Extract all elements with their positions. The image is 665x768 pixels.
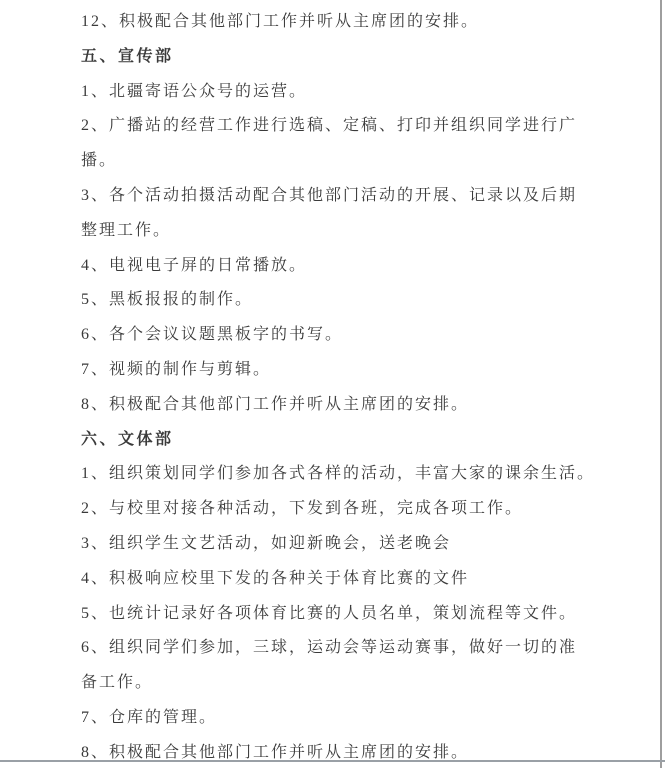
list-item: 8、积极配合其他部门工作并听从主席团的安排。	[81, 736, 601, 768]
list-item: 6、组织同学们参加，三球，运动会等运动赛事，做好一切的准备工作。	[81, 631, 601, 701]
list-item: 12、积极配合其他部门工作并听从主席团的安排。	[81, 5, 601, 40]
list-item: 1、北疆寄语公众号的运营。	[81, 75, 601, 110]
section-heading: 六、文体部	[81, 423, 601, 458]
list-item: 2、与校里对接各种活动，下发到各班，完成各项工作。	[81, 492, 601, 527]
list-item: 4、电视电子屏的日常播放。	[81, 249, 601, 284]
list-item: 5、黑板报报的制作。	[81, 283, 601, 318]
list-item: 3、各个活动拍摄活动配合其他部门活动的开展、记录以及后期整理工作。	[81, 179, 601, 249]
list-item: 7、视频的制作与剪辑。	[81, 353, 601, 388]
list-item: 7、仓库的管理。	[81, 701, 601, 736]
document-body: 12、积极配合其他部门工作并听从主席团的安排。五、宣传部1、北疆寄语公众号的运营…	[81, 5, 601, 768]
list-item: 8、积极配合其他部门工作并听从主席团的安排。	[81, 388, 601, 423]
list-item: 4、积极响应校里下发的各种关于体育比赛的文件	[81, 562, 601, 597]
list-item: 3、组织学生文艺活动，如迎新晚会，送老晚会	[81, 527, 601, 562]
list-item: 5、也统计记录好各项体育比赛的人员名单，策划流程等文件。	[81, 597, 601, 632]
list-item: 6、各个会议议题黑板字的书写。	[81, 318, 601, 353]
page-bottom-edge-line	[0, 760, 665, 762]
page-right-edge-line	[660, 0, 662, 768]
list-item: 2、广播站的经营工作进行选稿、定稿、打印并组织同学进行广播。	[81, 109, 601, 179]
section-heading: 五、宣传部	[81, 40, 601, 75]
list-item: 1、组织策划同学们参加各式各样的活动，丰富大家的课余生活。	[81, 457, 601, 492]
